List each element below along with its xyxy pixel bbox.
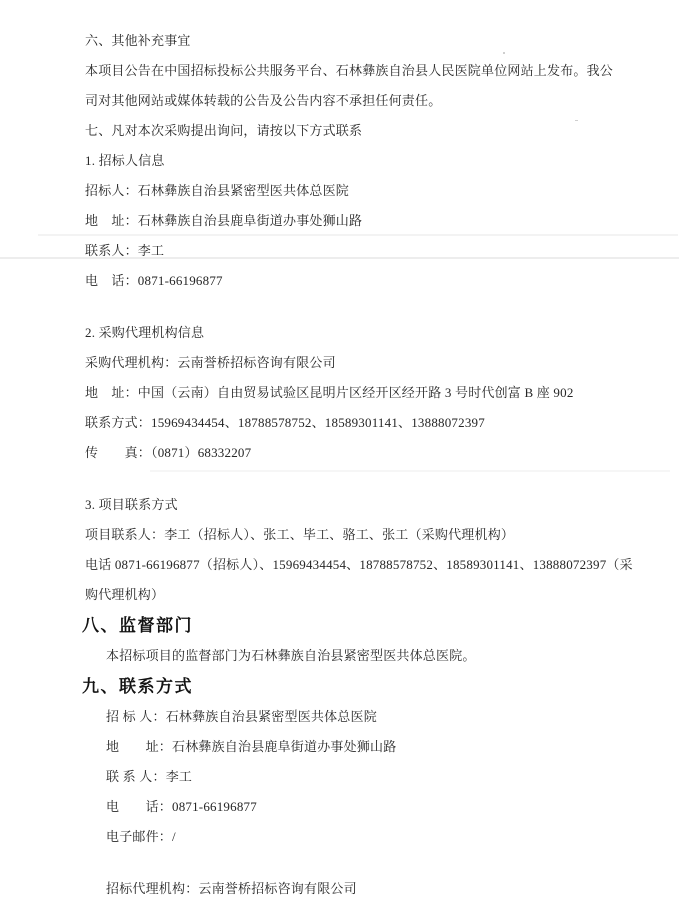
subsection-1-heading: 1. 招标人信息: [85, 146, 649, 176]
bidder-phone: 电 话：0871-66196877: [85, 266, 649, 296]
notice-paragraph-line-1: 本项目公告在中国招标投标公共服务平台、石林彝族自治县人民医院单位网站上发布。我公: [85, 56, 649, 86]
section-6-heading: 六、其他补充事宜: [85, 26, 649, 56]
section-7-heading: 七、凡对本次采购提出询问，请按以下方式联系: [85, 116, 649, 146]
subsection-2-heading: 2. 采购代理机构信息: [85, 318, 649, 348]
document-content: 六、其他补充事宜本项目公告在中国招标投标公共服务平台、石林彝族自治县人民医院单位…: [85, 26, 649, 904]
contact-email: 电子邮件：/: [85, 822, 649, 852]
notice-paragraph-line-2: 司对其他网站或媒体转载的公告及公告内容不承担任何责任。: [85, 86, 649, 116]
contact-phone: 电 话：0871-66196877: [85, 792, 649, 822]
bidder-address: 地 址：石林彝族自治县鹿阜街道办事处狮山路: [85, 206, 649, 236]
agency-address: 地 址：中国（云南）自由贸易试验区昆明片区经开区经开路 3 号时代创富 B 座 …: [85, 378, 649, 408]
project-phones-line-2: 购代理机构）: [85, 580, 649, 610]
subsection-3-heading: 3. 项目联系方式: [85, 490, 649, 520]
contact-person: 联 系 人：李工: [85, 762, 649, 792]
section-8-heading: 八、监督部门: [82, 610, 649, 641]
section-9-heading: 九、联系方式: [82, 671, 649, 702]
project-phones-line-1: 电话 0871-66196877（招标人）、15969434454、187885…: [85, 550, 649, 580]
contact-bidder-name: 招 标 人：石林彝族自治县紧密型医共体总医院: [85, 702, 649, 732]
supervision-statement: 本招标项目的监督部门为石林彝族自治县紧密型医共体总医院。: [85, 641, 649, 671]
agency-name: 采购代理机构：云南誉桥招标咨询有限公司: [85, 348, 649, 378]
bidder-name: 招标人：石林彝族自治县紧密型医共体总医院: [85, 176, 649, 206]
contact-bidder-address: 地 址：石林彝族自治县鹿阜街道办事处狮山路: [85, 732, 649, 762]
agency-footer: 招标代理机构：云南誉桥招标咨询有限公司: [85, 874, 649, 904]
document-page: 六、其他补充事宜本项目公告在中国招标投标公共服务平台、石林彝族自治县人民医院单位…: [0, 0, 679, 907]
project-contact-persons: 项目联系人：李工（招标人）、张工、毕工、骆工、张工（采购代理机构）: [85, 520, 649, 550]
agency-contact-numbers: 联系方式：15969434454、18788578752、18589301141…: [85, 408, 649, 438]
agency-fax: 传 真：（0871）68332207: [85, 438, 649, 468]
bidder-contact-person: 联系人：李工: [85, 236, 649, 266]
